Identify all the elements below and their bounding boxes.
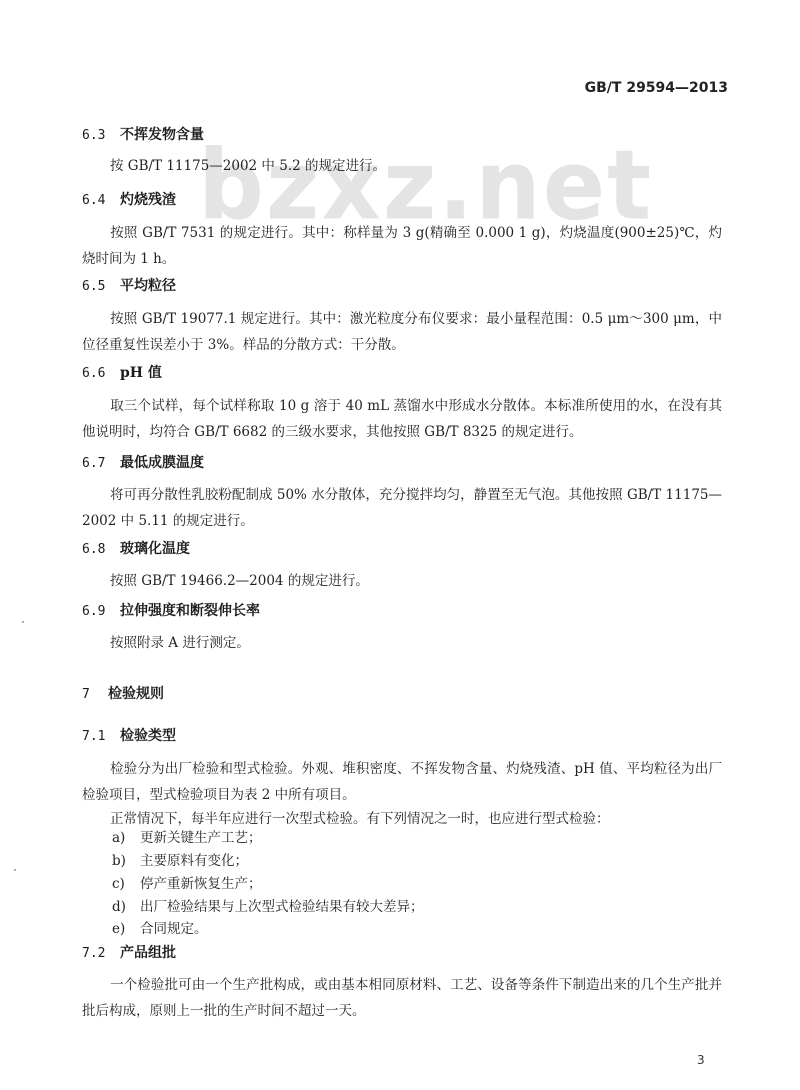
section-heading-6-4: 6.4灼烧残渣 — [82, 189, 176, 209]
list-item-c: c)停产重新恢复生产； — [112, 872, 262, 892]
section-body-6-8: 按照 GB/T 19466.2—2004 的规定进行。 — [82, 568, 722, 594]
scan-speck — [22, 621, 24, 623]
section-heading-6-7: 6.7最低成膜温度 — [82, 452, 204, 472]
section-body-6-4: 按照 GB/T 7531 的规定进行。其中：称样量为 3 g(精确至 0.000… — [82, 220, 722, 272]
section-heading-6-9: 6.9拉伸强度和断裂伸长率 — [82, 600, 260, 620]
section-body-6-6: 取三个试样，每个试样称取 10 g 溶于 40 mL 蒸馏水中形成水分散体。本标… — [82, 393, 722, 445]
section-heading-6-5: 6.5平均粒径 — [82, 275, 176, 295]
page-number: 3 — [697, 1053, 705, 1067]
scan-speck — [14, 869, 16, 871]
section-heading-7-2: 7.2产品组批 — [82, 942, 176, 962]
standard-code-header: GB/T 29594—2013 — [585, 80, 728, 96]
section-body-7-1: 检验分为出厂检验和型式检验。外观、堆积密度、不挥发物含量、灼烧残渣、pH 值、平… — [82, 756, 722, 808]
section-body-6-3: 按 GB/T 11175—2002 中 5.2 的规定进行。 — [82, 153, 722, 179]
section-heading-7-1: 7.1检验类型 — [82, 725, 176, 745]
section-heading-6-3: 6.3不挥发物含量 — [82, 124, 204, 144]
section-body-6-7: 将可再分散性乳胶粉配制成 50% 水分散体，充分搅拌均匀，静置至无气泡。其他按照… — [82, 482, 722, 534]
section-body-6-9: 按照附录 A 进行测定。 — [82, 630, 722, 656]
list-item-b: b)主要原料有变化； — [112, 849, 248, 869]
section-heading-6-6: 6.6pH 值 — [82, 362, 162, 382]
chapter-heading-7: 7检验规则 — [82, 683, 164, 703]
section-body-6-5: 按照 GB/T 19077.1 规定进行。其中：激光粒度分布仪要求：最小量程范围… — [82, 306, 722, 358]
list-item-d: d)出厂检验结果与上次型式检验结果有较大差异； — [112, 895, 424, 915]
section-heading-6-8: 6.8玻璃化温度 — [82, 538, 190, 558]
list-item-e: e)合同规定。 — [112, 917, 208, 937]
section-body-7-2: 一个检验批可由一个生产批构成，或由基本相同原材料、工艺、设备等条件下制造出来的几… — [82, 972, 722, 1024]
list-item-a: a)更新关键生产工艺； — [112, 826, 262, 846]
